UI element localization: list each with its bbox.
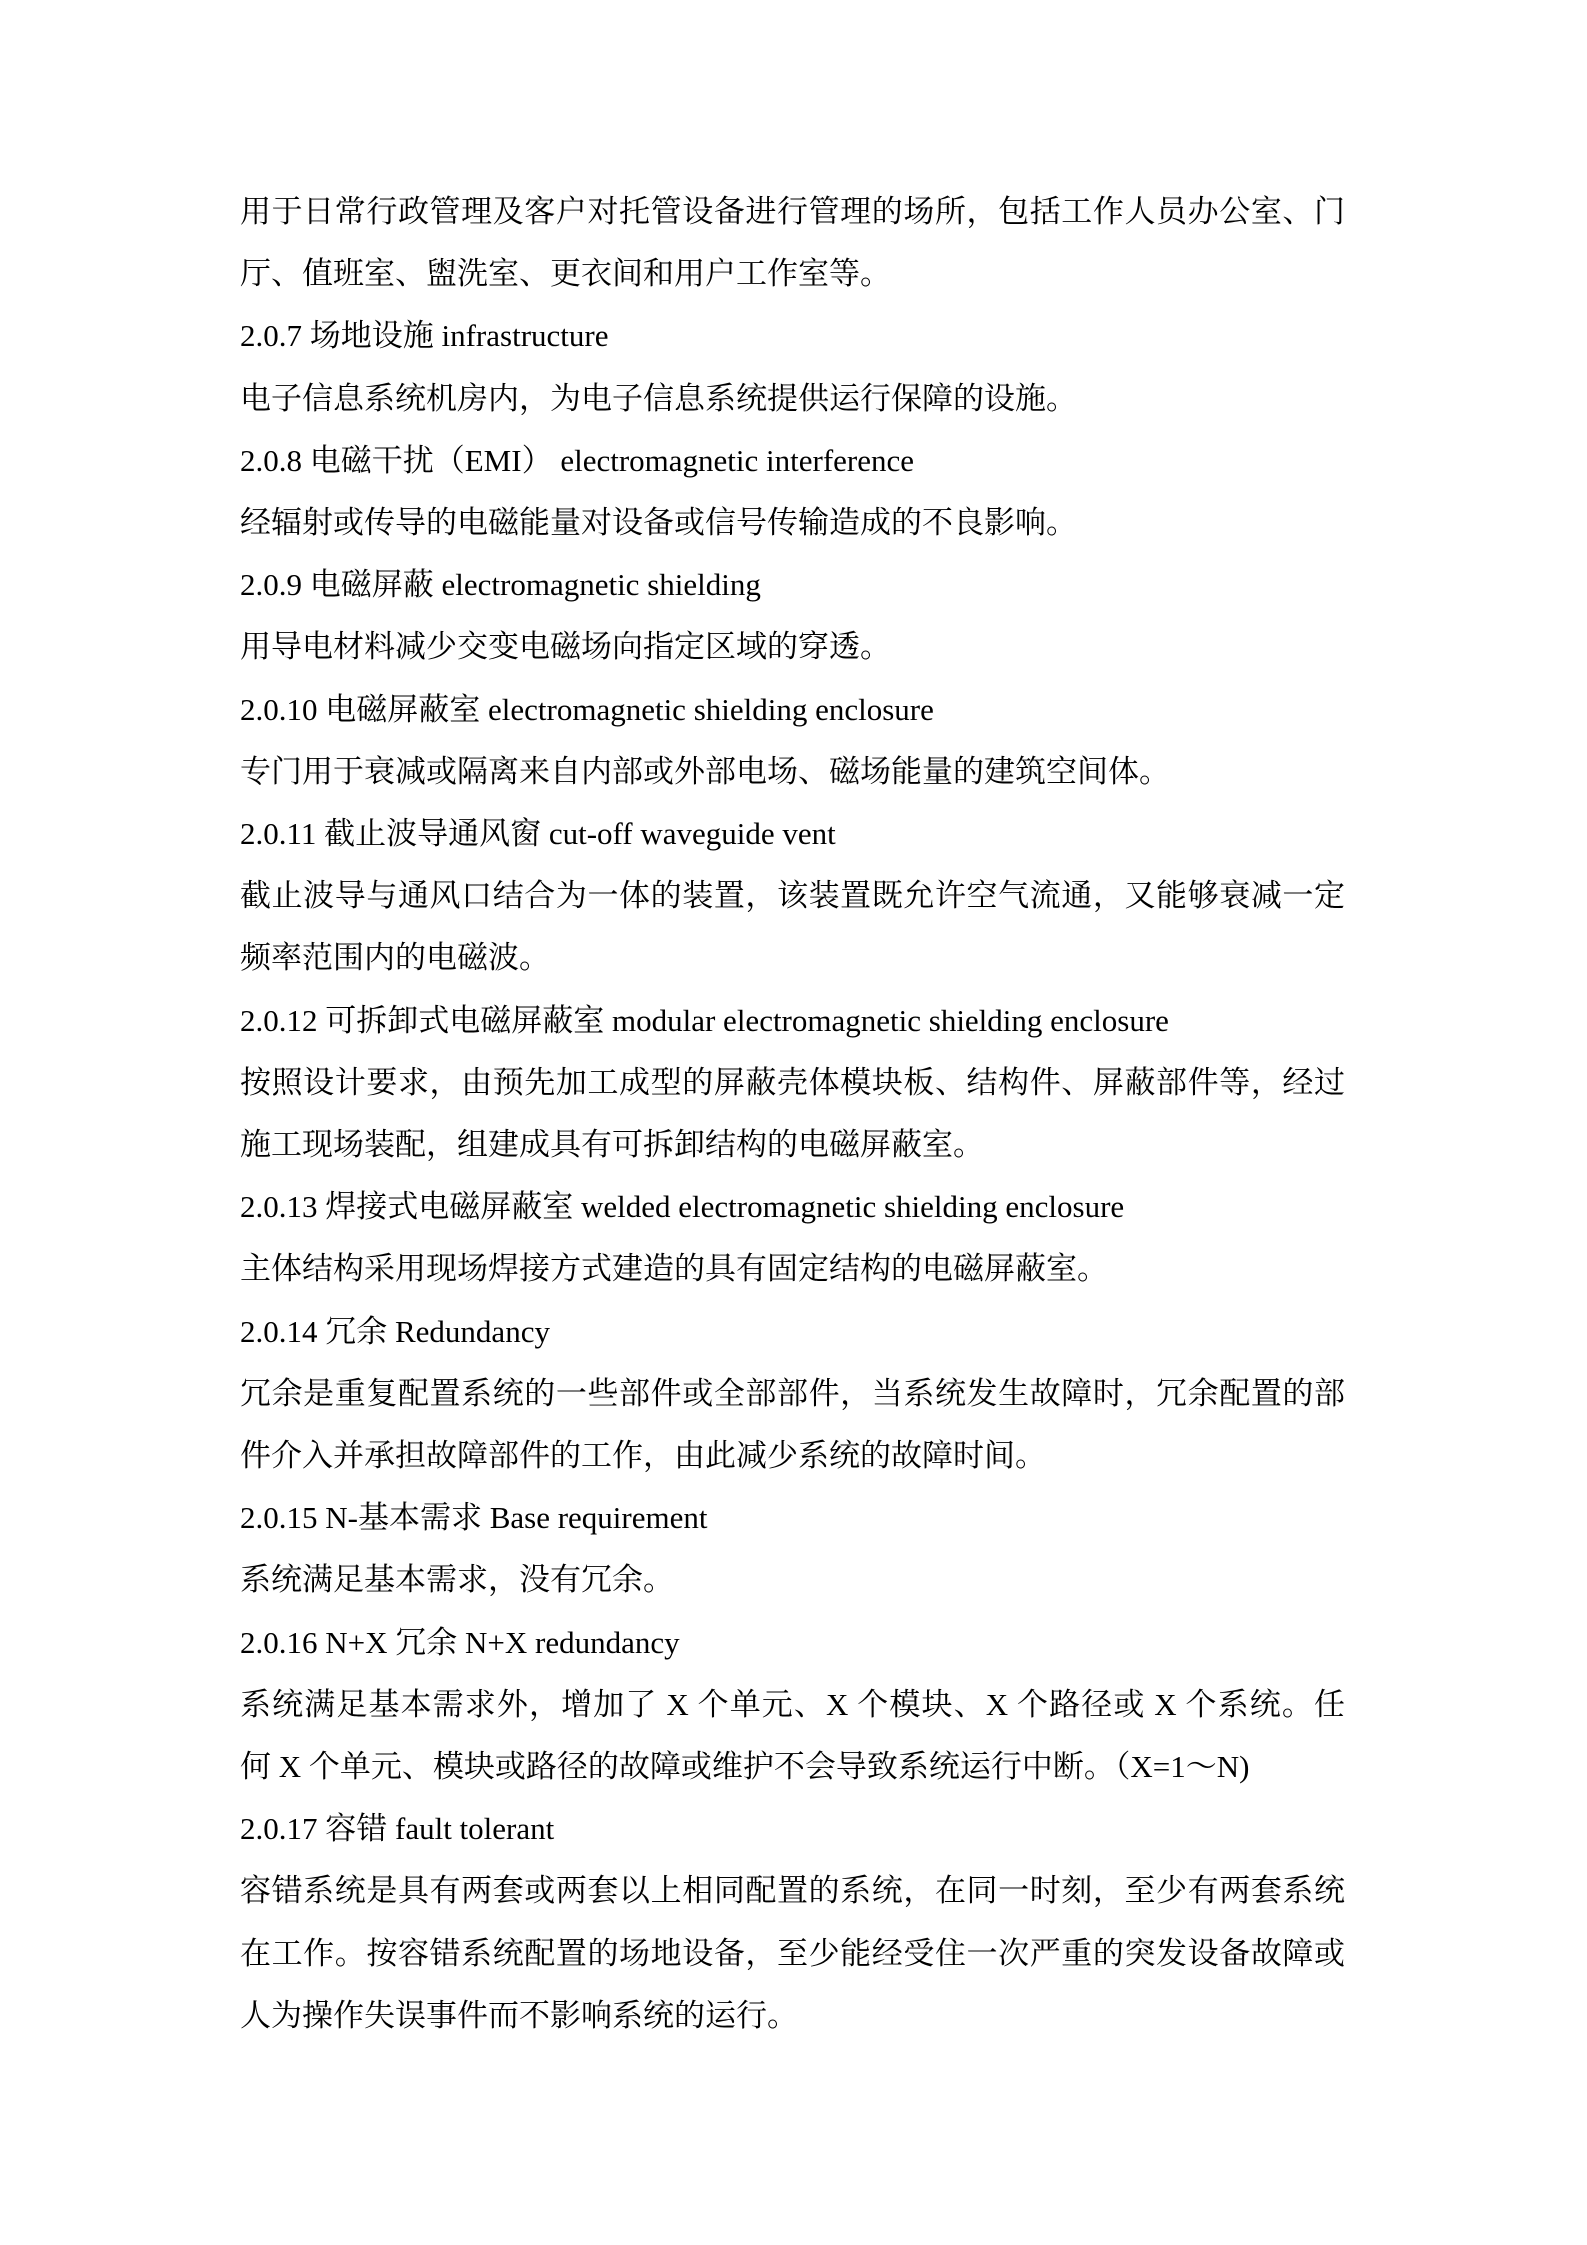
document-line: 用于日常行政管理及客户对托管设备进行管理的场所，包括工作人员办公室、门 (240, 181, 1345, 243)
document-line: 截止波导与通风口结合为一体的装置，该装置既允许空气流通，又能够衰减一定 (240, 865, 1345, 927)
document-line: 冗余是重复配置系统的一些部件或全部部件，当系统发生故障时，冗余配置的部 (240, 1363, 1345, 1425)
document-line: 专门用于衰减或隔离来自内部或外部电场、磁场能量的建筑空间体。 (240, 741, 1345, 803)
document-line: 电子信息系统机房内，为电子信息系统提供运行保障的设施。 (240, 368, 1345, 430)
document-line: 用导电材料减少交变电磁场向指定区域的穿透。 (240, 616, 1345, 678)
document-line: 2.0.9 电磁屏蔽 electromagnetic shielding (240, 554, 1345, 616)
document-line: 施工现场装配，组建成具有可拆卸结构的电磁屏蔽室。 (240, 1114, 1345, 1176)
document-line: 何 X 个单元、模块或路径的故障或维护不会导致系统运行中断。（X=1～N) (240, 1736, 1345, 1798)
document-line: 容错系统是具有两套或两套以上相同配置的系统，在同一时刻，至少有两套系统 (240, 1860, 1345, 1922)
document-text-block: 用于日常行政管理及客户对托管设备进行管理的场所，包括工作人员办公室、门厅、值班室… (240, 181, 1345, 2047)
document-page: 用于日常行政管理及客户对托管设备进行管理的场所，包括工作人员办公室、门厅、值班室… (0, 0, 1587, 2245)
document-line: 经辐射或传导的电磁能量对设备或信号传输造成的不良影响。 (240, 492, 1345, 554)
document-line: 2.0.13 焊接式电磁屏蔽室 welded electromagnetic s… (240, 1176, 1345, 1238)
document-line: 主体结构采用现场焊接方式建造的具有固定结构的电磁屏蔽室。 (240, 1238, 1345, 1300)
document-line: 2.0.10 电磁屏蔽室 electromagnetic shielding e… (240, 679, 1345, 741)
document-line: 2.0.16 N+X 冗余 N+X redundancy (240, 1612, 1345, 1674)
document-line: 2.0.15 N-基本需求 Base requirement (240, 1487, 1345, 1549)
document-line: 按照设计要求，由预先加工成型的屏蔽壳体模块板、结构件、屏蔽部件等，经过 (240, 1052, 1345, 1114)
document-line: 2.0.8 电磁干扰（EMI） electromagnetic interfer… (240, 430, 1345, 492)
document-line: 频率范围内的电磁波。 (240, 927, 1345, 989)
document-line: 2.0.17 容错 fault tolerant (240, 1798, 1345, 1860)
document-line: 2.0.11 截止波导通风窗 cut-off waveguide vent (240, 803, 1345, 865)
document-line: 人为操作失误事件而不影响系统的运行。 (240, 1985, 1345, 2047)
document-line: 系统满足基本需求，没有冗余。 (240, 1549, 1345, 1611)
document-line: 在工作。按容错系统配置的场地设备，至少能经受住一次严重的突发设备故障或 (240, 1923, 1345, 1985)
document-line: 系统满足基本需求外，增加了 X 个单元、X 个模块、X 个路径或 X 个系统。任 (240, 1674, 1345, 1736)
document-line: 件介入并承担故障部件的工作，由此减少系统的故障时间。 (240, 1425, 1345, 1487)
document-line: 2.0.7 场地设施 infrastructure (240, 305, 1345, 367)
document-line: 厅、值班室、盥洗室、更衣间和用户工作室等。 (240, 243, 1345, 305)
document-line: 2.0.14 冗余 Redundancy (240, 1301, 1345, 1363)
document-line: 2.0.12 可拆卸式电磁屏蔽室 modular electromagnetic… (240, 990, 1345, 1052)
